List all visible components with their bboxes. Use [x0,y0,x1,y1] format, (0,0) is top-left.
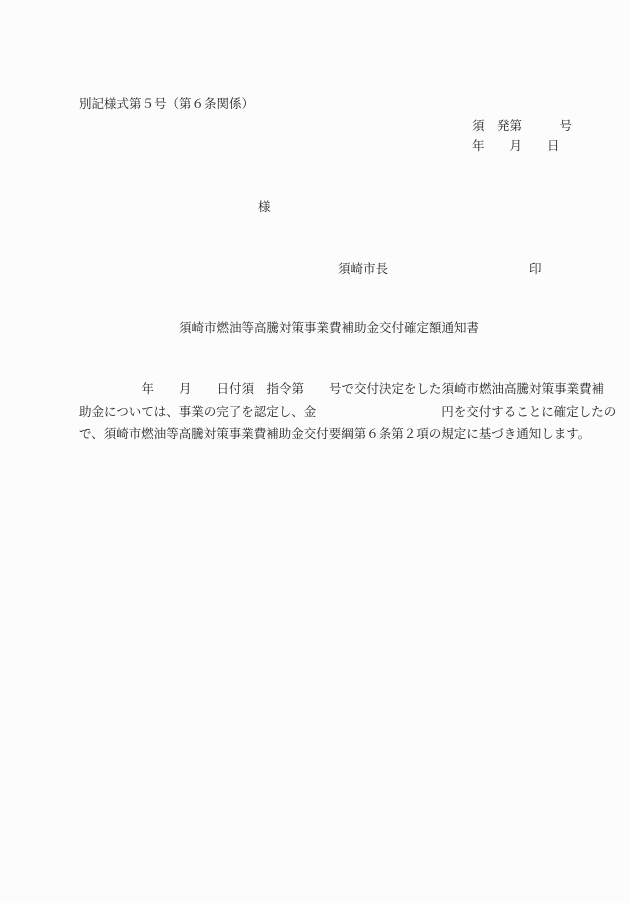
reference-date: 年 月 日 [472,140,560,153]
reference-number: 須 発第 号 [472,120,572,133]
form-label: 別記様式第５号（第６条関係） [79,98,254,111]
addressee-suffix: 様 [258,201,271,214]
issuer-title: 須崎市長 [338,263,388,276]
body-line-3: で、須崎市燃油等高騰対策事業費補助金交付要綱第６条第２項の規定に基づき通知します… [79,428,551,441]
seal-mark: 印 [529,263,542,276]
body-line-2: 助金については、事業の完了を認定し、金 円を交付することに確定したの [79,406,551,419]
body-line-1: 年 月 日付須 指令第 号で交付決定をした須崎市燃油高騰対策事業費補 [79,383,551,396]
document-title: 須崎市燃油等高騰対策事業費補助金交付確定額通知書 [179,322,479,335]
document-page: 別記様式第５号（第６条関係） 須 発第 号 年 月 日 様 須崎市長 印 須崎市… [0,0,630,903]
